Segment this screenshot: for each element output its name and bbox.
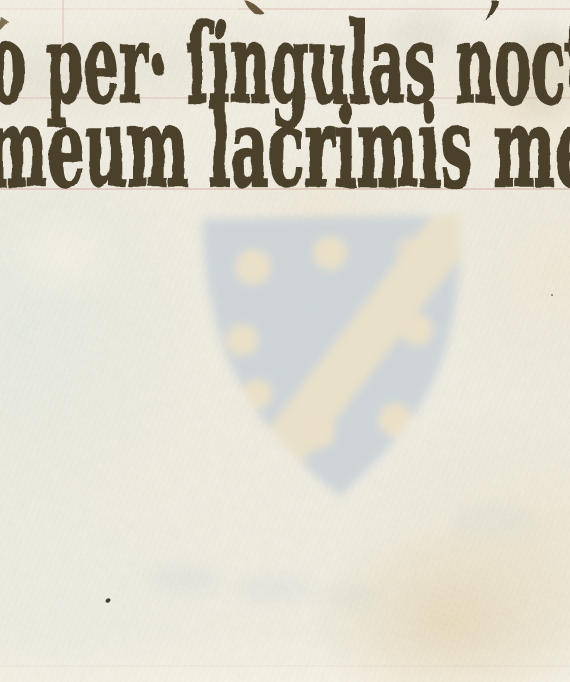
shield-roundel: [235, 249, 271, 285]
armorial-shield-watermark: [172, 185, 492, 535]
shield-roundel: [396, 236, 424, 264]
shield-roundel: [401, 314, 433, 346]
shield-roundel: [301, 415, 335, 449]
shield-roundel: [226, 324, 258, 356]
ink-speck: [551, 294, 553, 296]
manuscript-leaf-photo: o per· ſingulas noct meum lacrimis me: [0, 0, 570, 682]
gothic-script-block: o per· ſingulas noct meum lacrimis me: [0, 0, 570, 230]
shield-roundel: [242, 379, 272, 409]
shield-roundel: [313, 236, 347, 270]
shield-roundel: [378, 403, 412, 437]
script-line-2: meum lacrimis me: [0, 83, 570, 212]
